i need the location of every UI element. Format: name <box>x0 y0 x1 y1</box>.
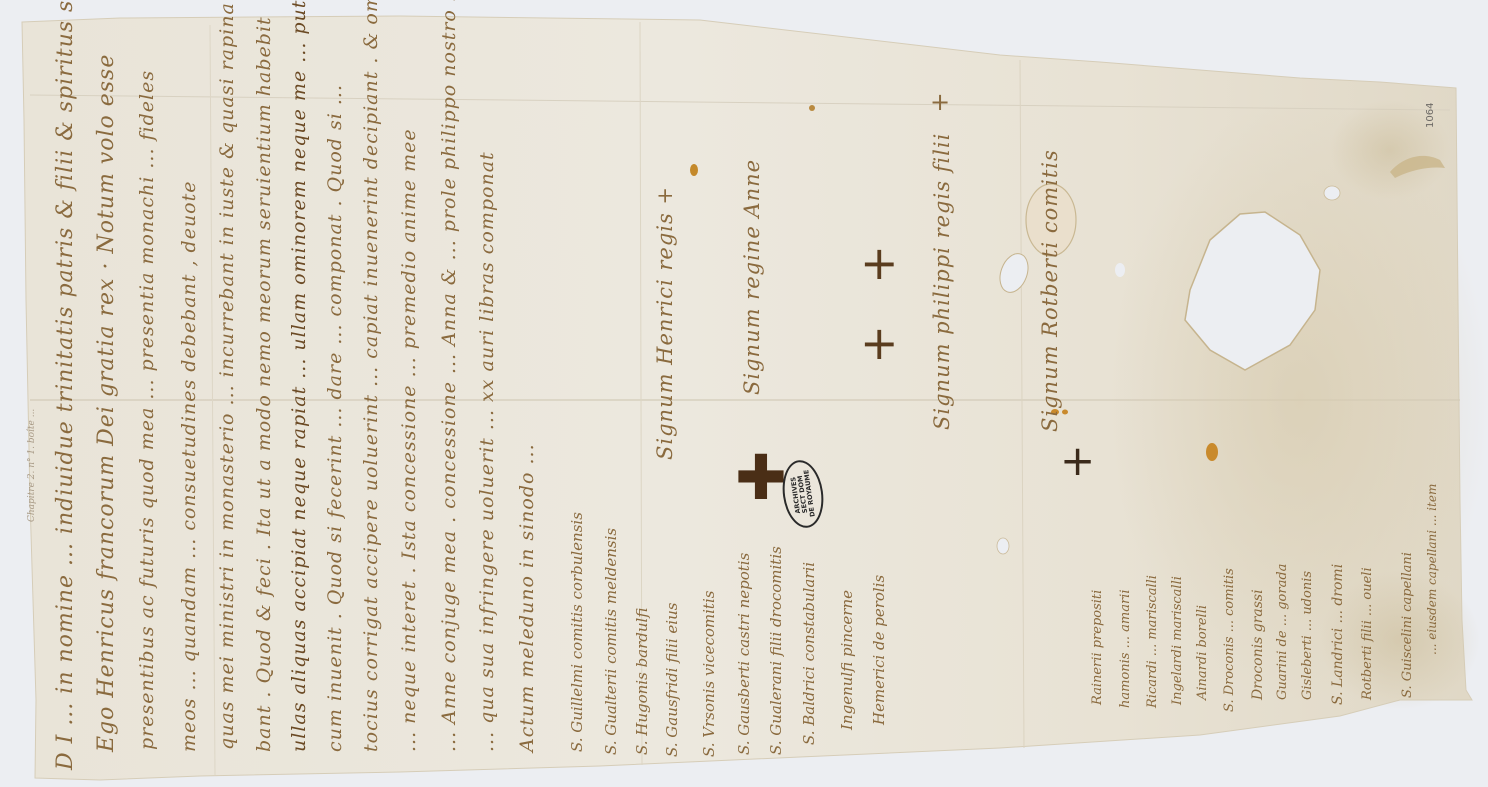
witness-col2-6: S. Droconis ... comitis <box>1222 568 1237 712</box>
charter-line-1: D I ... in nomine ... indiuidue trinitat… <box>55 0 77 770</box>
charter-line-11: ... Anne conjuge mea . concessione ... A… <box>440 0 459 752</box>
witness-7: S. Gualerani filii drocomitis <box>767 546 785 755</box>
witness-6: S. Gausberti castri nepotis <box>735 553 753 755</box>
signum-henrici: Signum Henrici regis + <box>655 186 676 460</box>
witness-col2-2: hamonis ... amarii <box>1118 590 1133 709</box>
witness-col2-5: Ainardi borelli <box>1195 605 1210 700</box>
witness-col2-7: Droconis grassi <box>1250 589 1266 700</box>
witness-col2-10: S. Landrici ... dromi <box>1330 564 1346 705</box>
charter-line-4: meos ... quandam ... consuetudines debeb… <box>180 180 199 752</box>
parchment-charter: Chapitre 2. n° 1. boîte ... D I ... in n… <box>0 0 1488 787</box>
witness-10: Hemerici de perolis <box>870 575 888 725</box>
witness-col2-12: S. Guiscelini capellani <box>1400 552 1415 698</box>
witness-3: S. Hugonis bardulfi <box>633 608 651 755</box>
charter-line-5: quas mei ministri in monasterio ... incu… <box>218 2 237 750</box>
catalog-number: 1064 <box>1425 103 1436 128</box>
witness-4: S. Gausfridi filii eius <box>663 603 681 757</box>
charter-line-6: bant . Quod & feci . Ita ut a modo nemo … <box>255 16 274 752</box>
witness-col2-1: Rainerii prepositi <box>1090 590 1105 705</box>
charter-line-8: cum inuenit . Quod si fecerint ... dare … <box>326 84 345 752</box>
charter-line-2: Ego Henricus francorum Dei gratia rex · … <box>96 54 118 752</box>
archival-margin-annotation: Chapitre 2. n° 1. boîte ... <box>27 409 37 522</box>
charter-line-10: ... neque interet . Ista concessione ...… <box>400 128 419 752</box>
charter-line-13: Actum meleduno in sinodo ... <box>518 443 537 752</box>
signum-regine-anne: Signum regine Anne <box>742 159 763 395</box>
charter-line-7: ullas aliquas accipiat neque rapiat ... … <box>290 0 309 752</box>
signum-philippi: Signum philippi regis filii <box>932 133 953 430</box>
cross-icon: + <box>930 90 950 114</box>
witness-2: S. Gualterii comitis meldensis <box>602 528 620 755</box>
witness-col2-3: Ricardi ... mariscalli <box>1145 575 1160 708</box>
witness-col2-4: Ingelardi mariscalli <box>1170 576 1185 705</box>
witness-8: S. Baldrici constabularii <box>800 562 818 745</box>
witness-5: S. Vrsonis vicecomitis <box>700 591 718 757</box>
charter-line-9: tocius corrigat accipere uoluerint ... c… <box>362 0 381 752</box>
witness-col2-11: Rotberti filii ... oueli <box>1360 567 1375 700</box>
cross-icon: + <box>1060 440 1095 482</box>
cross-icon: + <box>860 240 899 286</box>
signum-rotberti: Signum Rotberti comitis <box>1040 149 1061 432</box>
witness-1: S. Guillelmi comitis corbulensis <box>568 512 586 752</box>
witness-9: Ingenulfi pincerne <box>838 590 856 730</box>
cross-icon: + <box>860 320 899 366</box>
witness-col2-8: Guarini de ... gorada <box>1275 564 1290 700</box>
autograph-cross-icon: ✚ <box>735 447 787 509</box>
witness-col2-13: ... eiusdem capellani ... item <box>1425 484 1439 655</box>
charter-line-3: presentibus ac futuris quod mea ... pres… <box>138 70 157 750</box>
witness-col2-9: Gisleberti ... udonis <box>1300 571 1315 700</box>
charter-line-12: ... qua sua infringere uoluerit ... xx a… <box>478 151 497 752</box>
